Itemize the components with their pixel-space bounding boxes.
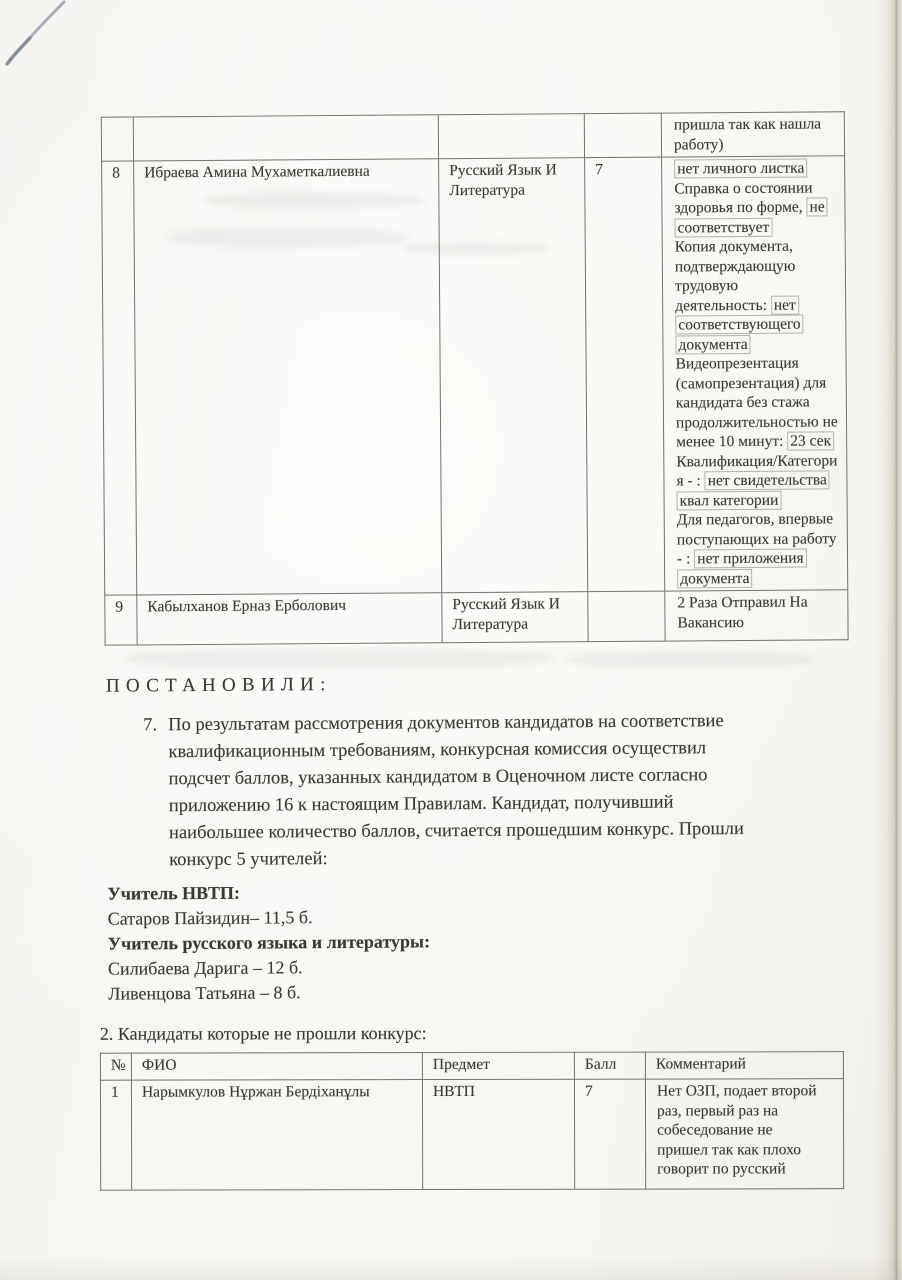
cell-comment: Нет ОЗП, подает второйраз, первый раз на… [645,1079,843,1189]
cell-subject: НВТП [422,1079,574,1189]
header-comment: Комментарий [645,1052,843,1079]
scanned-document-page: пришла так как нашлаработу) 8 Ибраева Ам… [0,0,902,1280]
cell-score: 7 [574,1079,645,1189]
header-fio: ФИО [131,1053,422,1081]
table-row: 1 Нарымкулов Нұржан Бердіханұлы НВТП 7 Н… [100,1079,843,1191]
page-edge-shadow [874,0,902,1280]
table-header-row: № ФИО Предмет Балл Комментарий [100,1052,843,1081]
section-2-title: 2. Кандидаты которые не прошли конкурс: [100,1023,427,1045]
failed-candidates-table: № ФИО Предмет Балл Комментарий 1 Нарымку… [100,1051,844,1191]
header-score: Балл [574,1052,645,1079]
bottom-shadow [0,1254,902,1280]
text-line: говорит по русский [657,1159,839,1179]
header-num: № [100,1053,131,1080]
text-line: собеседование не [657,1120,839,1140]
text-line: Нет ОЗП, подает второй [657,1081,839,1101]
lower-content-block: 2. Кандидаты которые не прошли конкурс: … [0,0,902,1280]
header-subject: Предмет [422,1052,574,1079]
text-line: пришел так как плохо [657,1140,839,1160]
text-line: раз, первый раз на [657,1101,839,1121]
cell-num: 1 [100,1080,131,1190]
cell-fio: Нарымкулов Нұржан Бердіханұлы [131,1080,422,1191]
